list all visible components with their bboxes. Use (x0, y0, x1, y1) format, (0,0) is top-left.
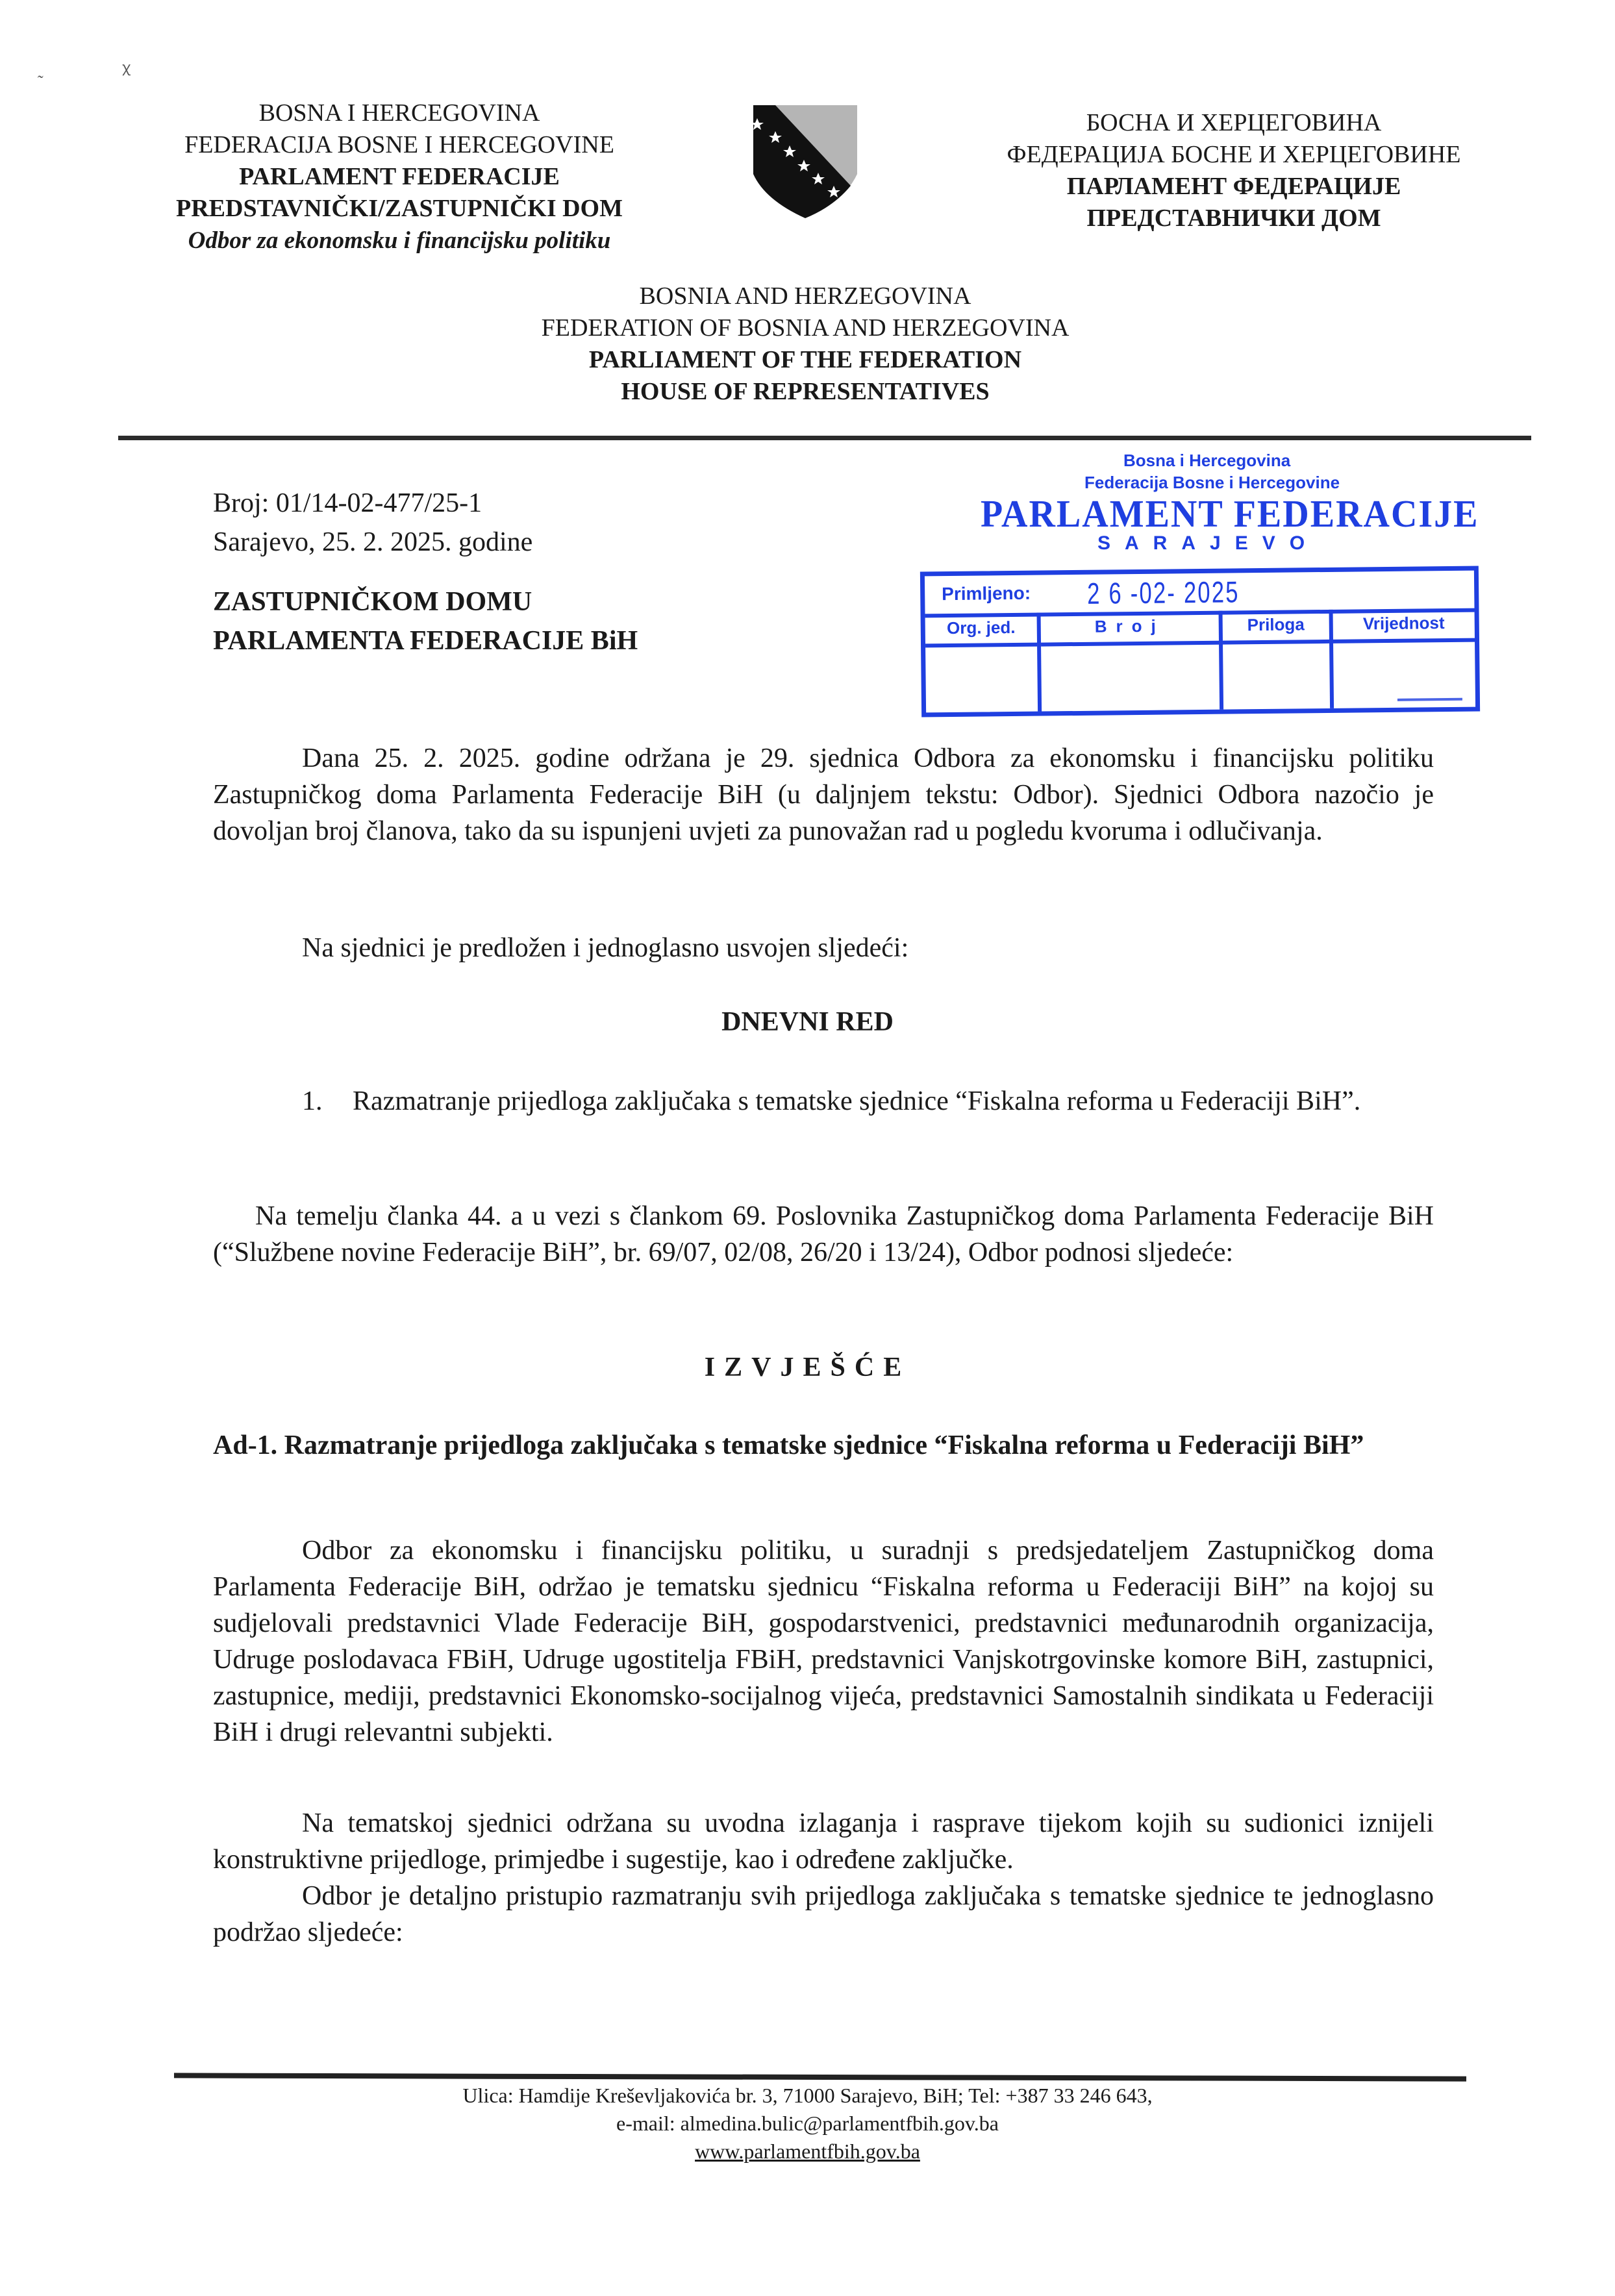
footer-address: Ulica: Hamdije Kreševljakovića br. 3, 71… (0, 2082, 1615, 2110)
stamp-col-org-unit: Org. jed. (925, 613, 1042, 713)
stamp-received-date: 2 6 -02- 2025 (1087, 574, 1240, 610)
header-federation-en: FEDERATION OF BOSNIA AND HERZEGOVINA (481, 312, 1130, 344)
signature-mark (1397, 698, 1462, 701)
header-parliament-en: PARLIAMENT OF THE FEDERATION (481, 344, 1130, 376)
report-paragraph: Na tematskoj sjednici održana su uvodna … (213, 1805, 1434, 1878)
header-country: BOSNA I HERCEGOVINA (153, 97, 646, 129)
agenda-title: DNEVNI RED (0, 1006, 1615, 1038)
header-latin: BOSNA I HERCEGOVINA FEDERACIJA BOSNE I H… (153, 97, 646, 256)
agenda-list: 1. Razmatranje prijedloga zaključaka s t… (302, 1083, 1435, 1119)
reference-place-date: Sarajevo, 25. 2. 2025. godine (213, 523, 532, 562)
reference-number: Broj: 01/14-02-477/25-1 (213, 484, 532, 523)
report-paragraph: Odbor je detaljno pristupio razmatranju … (213, 1878, 1434, 1951)
header-parliament-cyr: ПАРЛАМЕНТ ФЕДЕРАЦИЈЕ (974, 171, 1494, 203)
agenda-intro: Na sjednici je predložen i jednoglasno u… (302, 930, 1406, 966)
header-house: PREDSTAVNIČKI/ZASTUPNIČKI DOM (153, 193, 646, 225)
report-paragraph: Odbor za ekonomsku i financijsku politik… (213, 1532, 1434, 1751)
header-country-cyr: БОСНА И ХЕРЦЕГОВИНА (974, 107, 1494, 139)
stamp-country: Bosna i Hercegovina (1123, 451, 1290, 471)
scan-speck: ˷ (38, 60, 44, 79)
stamp-box: Primljeno: 2 6 -02- 2025 Org. jed. Broj … (920, 566, 1480, 717)
header-committee: Odbor za ekonomsku i financijsku politik… (153, 225, 646, 256)
footer-email[interactable]: e-mail: almedina.bulic@parlamentfbih.gov… (0, 2110, 1615, 2138)
stamp-col-value: Vrijednost (1333, 608, 1475, 708)
legal-basis-paragraph: Na temelju članka 44. a u vezi s člankom… (213, 1198, 1434, 1271)
stamp-received-label: Primljeno: (942, 583, 1031, 605)
footer-website-link[interactable]: www.parlamentfbih.gov.ba (695, 2140, 920, 2163)
agenda-item-text: Razmatranje prijedloga zaključaka s tema… (353, 1083, 1435, 1119)
footer-divider (174, 2073, 1466, 2081)
reference-block: Broj: 01/14-02-477/25-1 Sarajevo, 25. 2.… (213, 484, 532, 562)
stamp-parliament: PARLAMENT FEDERACIJE (981, 492, 1479, 536)
header-federation-cyr: ФЕДЕРАЦИЈА БОСНЕ И ХЕРЦЕГОВИНЕ (974, 139, 1494, 171)
header-house-cyr: ПРЕДСТАВНИЧКИ ДОМ (974, 203, 1494, 234)
reception-stamp: Bosna i Hercegovina Federacija Bosne i H… (909, 442, 1494, 727)
report-title: IZVJEŠĆE (0, 1352, 1615, 1383)
stamp-city: SARAJEVO (1097, 532, 1319, 555)
footer: Ulica: Hamdije Kreševljakovića br. 3, 71… (0, 2082, 1615, 2165)
addressee-line: ZASTUPNIČKOM DOMU (213, 582, 638, 621)
header-english: BOSNIA AND HERZEGOVINA FEDERATION OF BOS… (481, 281, 1130, 408)
header-house-en: HOUSE OF REPRESENTATIVES (481, 376, 1130, 408)
agenda-point-heading: Ad-1. Razmatranje prijedloga zaključaka … (213, 1427, 1434, 1464)
agenda-item-number: 1. (302, 1083, 323, 1119)
agenda-item: 1. Razmatranje prijedloga zaključaka s t… (302, 1083, 1435, 1119)
stamp-col-attachments: Priloga (1223, 610, 1334, 710)
intro-paragraph: Dana 25. 2. 2025. godine održana je 29. … (213, 740, 1434, 849)
header-parliament: PARLAMENT FEDERACIJE (153, 161, 646, 193)
header-divider (118, 436, 1531, 440)
coat-of-arms-icon (748, 103, 862, 219)
addressee: ZASTUPNIČKOM DOMU PARLAMENTA FEDERACIJE … (213, 582, 638, 660)
header-cyrillic: БОСНА И ХЕРЦЕГОВИНА ФЕДЕРАЦИЈА БОСНЕ И Х… (974, 107, 1494, 234)
stamp-col-number: Broj (1041, 611, 1224, 712)
addressee-line: PARLAMENTA FEDERACIJE BiH (213, 621, 638, 660)
header-country-en: BOSNIA AND HERZEGOVINA (481, 281, 1130, 312)
scan-speck: ꭓ (122, 57, 130, 77)
header-federation: FEDERACIJA BOSNE I HERCEGOVINE (153, 129, 646, 161)
stamp-columns: Org. jed. Broj Priloga Vrijednost (925, 608, 1476, 713)
stamp-federation: Federacija Bosne i Hercegovine (1084, 473, 1340, 493)
